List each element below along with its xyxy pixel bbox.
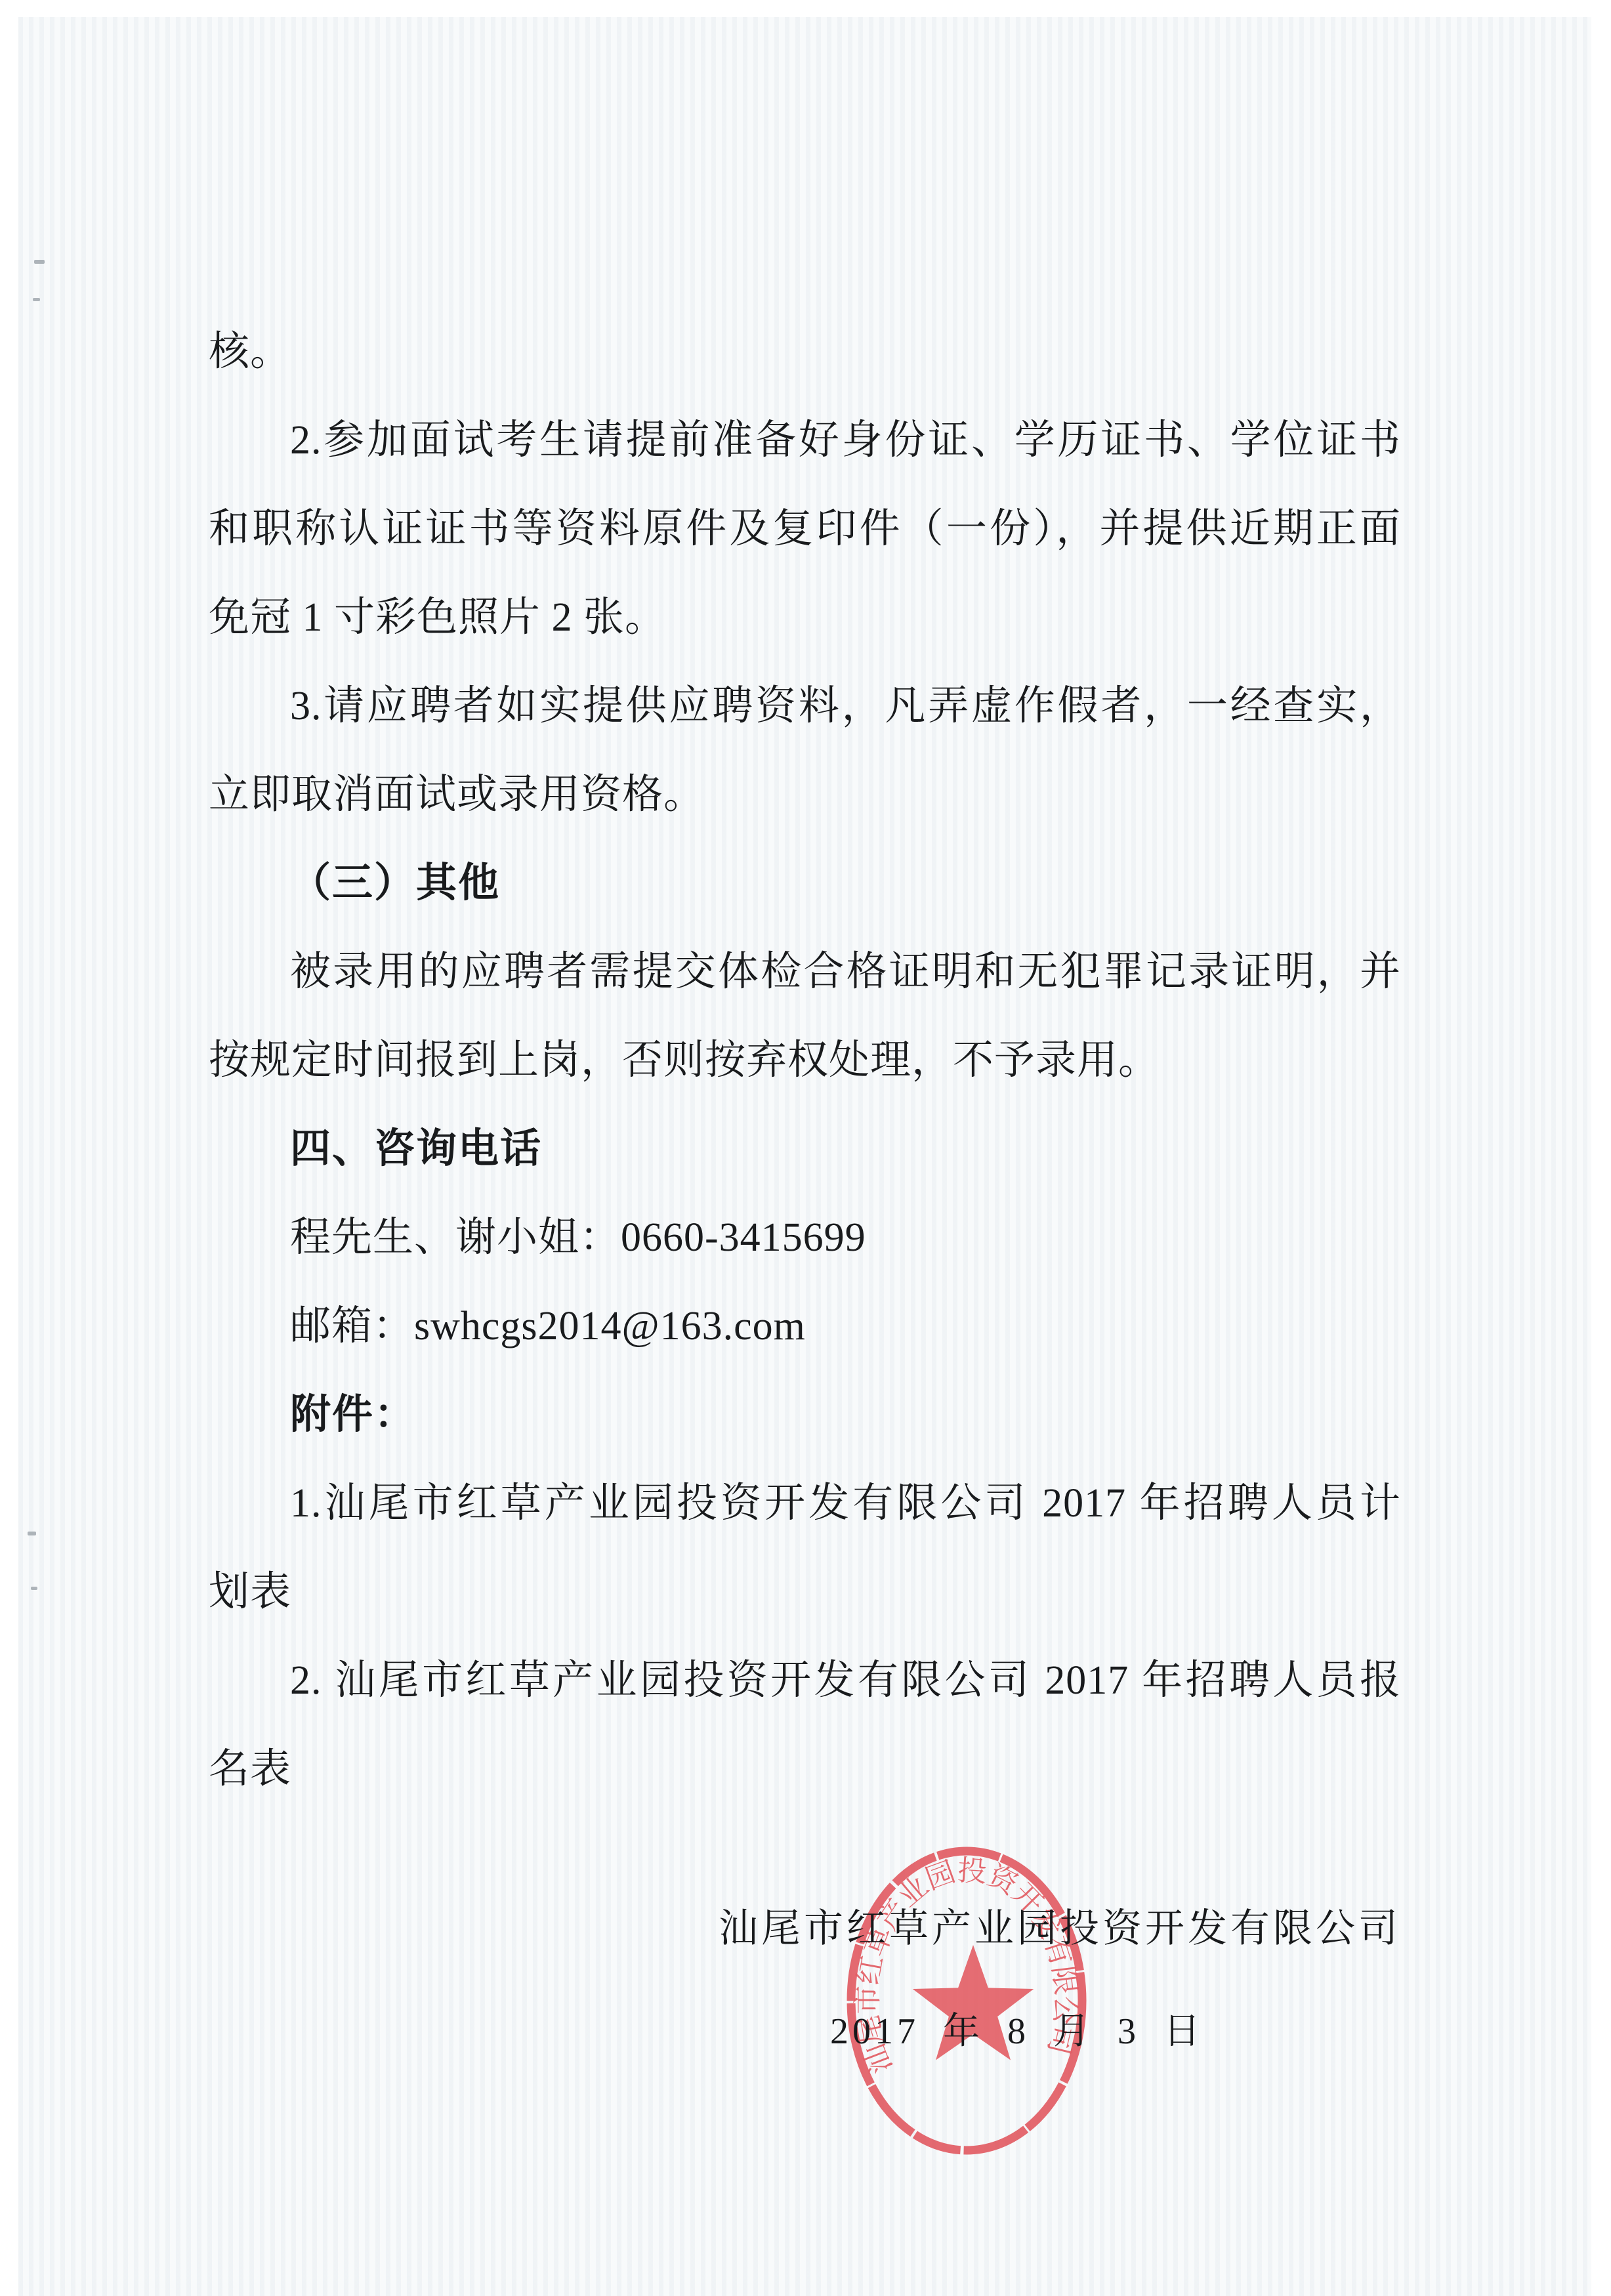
attachment-item-2-cont: 名表	[209, 1725, 1401, 1814]
signature-company-name: 汕尾市红草产业园投资开发有限公司	[719, 1906, 1401, 1952]
section-heading-contact: 四、咨询电话	[209, 1105, 1401, 1194]
scan-artifact	[28, 1532, 36, 1535]
document-line: 立即取消面试或录用资格。	[209, 751, 1401, 839]
document-line: 核。	[209, 308, 1401, 396]
attachment-item-1: 1.汕尾市红草产业园投资开发有限公司 2017 年招聘人员计	[209, 1459, 1401, 1548]
contact-phone-line: 程先生、谢小姐：0660-3415699	[209, 1194, 1401, 1282]
document-line: 和职称认证证书等资料原件及复印件（一份），并提供近期正面	[209, 485, 1401, 574]
document-line: 2.参加面试考生请提前准备好身份证、学历证书、学位证书	[209, 396, 1401, 485]
attachments-label: 附件：	[209, 1371, 1401, 1459]
document-line: 按规定时间报到上岗，否则按弃权处理，不予录用。	[209, 1016, 1401, 1105]
document-line: 被录用的应聘者需提交体检合格证明和无犯罪记录证明，并	[209, 928, 1401, 1016]
attachment-item-1-cont: 划表	[209, 1548, 1401, 1637]
document-body: 核。 2.参加面试考生请提前准备好身份证、学历证书、学位证书 和职称认证证书等资…	[209, 308, 1401, 1814]
document-line: 免冠 1 寸彩色照片 2 张。	[209, 574, 1401, 662]
signature-block: 汕尾市红草产业园投资开发有限公司 2017 年 8 月 3 日	[719, 1906, 1401, 2053]
scan-artifact	[33, 298, 40, 301]
scan-artifact	[31, 1587, 37, 1590]
document-page: 核。 2.参加面试考生请提前准备好身份证、学历证书、学位证书 和职称认证证书等资…	[18, 17, 1591, 2296]
document-line: 3.请应聘者如实提供应聘资料，凡弄虚作假者，一经查实，	[209, 662, 1401, 751]
scan-artifact	[34, 260, 45, 264]
signature-date: 2017 年 8 月 3 日	[719, 2011, 1204, 2053]
section-heading-other: （三）其他	[209, 839, 1401, 928]
scanned-sheet: 核。 2.参加面试考生请提前准备好身份证、学历证书、学位证书 和职称认证证书等资…	[0, 0, 1611, 2296]
contact-email-line: 邮箱：swhcgs2014@163.com	[209, 1282, 1401, 1371]
attachment-item-2: 2. 汕尾市红草产业园投资开发有限公司 2017 年招聘人员报	[209, 1637, 1401, 1725]
